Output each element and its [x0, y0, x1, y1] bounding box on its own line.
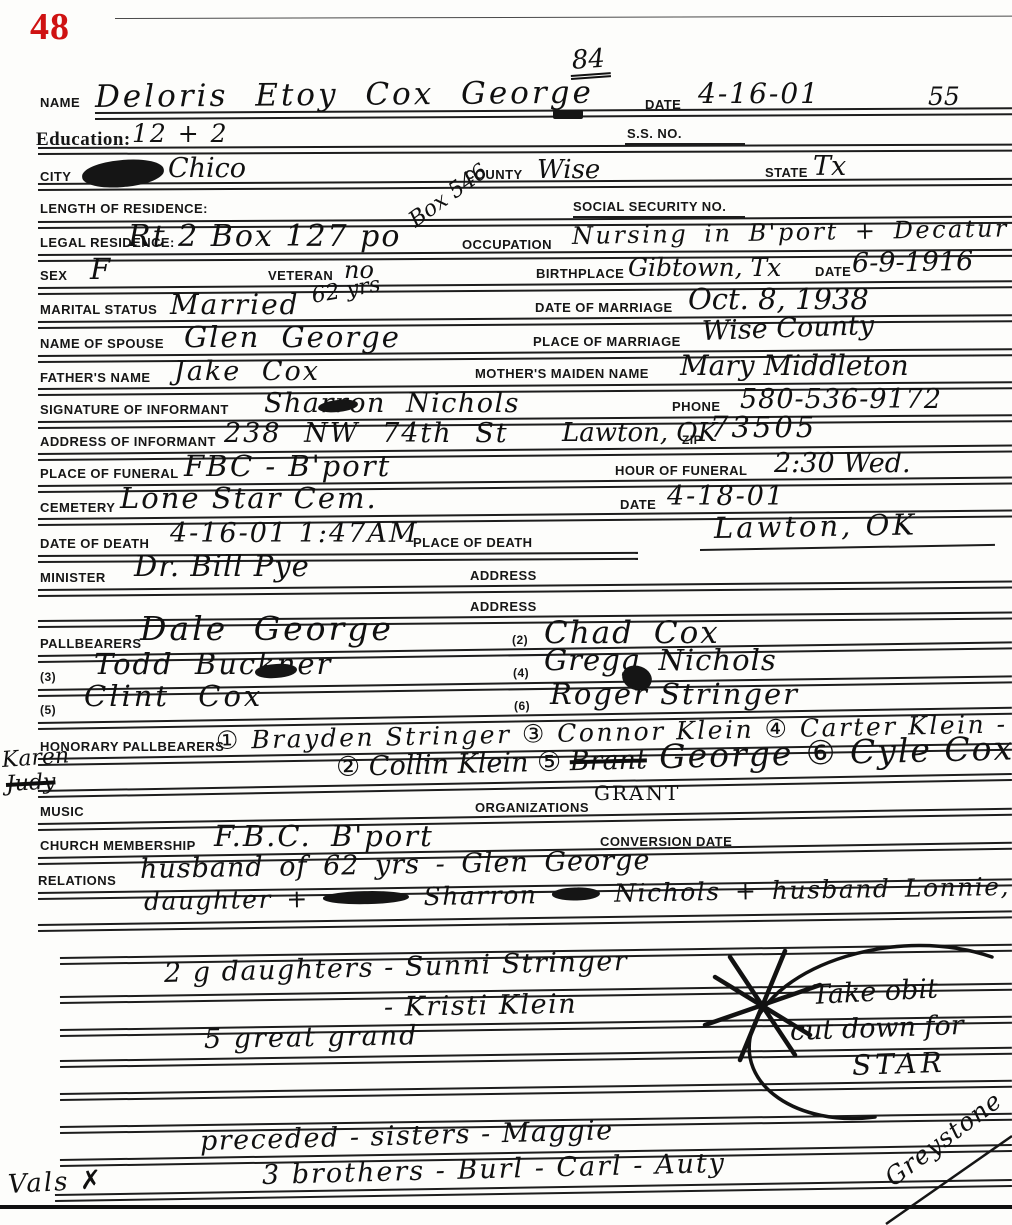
field-value-name: Deloris Etoy Cox George [95, 78, 594, 113]
pallbearer-6: Roger Stringer [550, 680, 799, 709]
age-annotation: 84 [569, 45, 611, 80]
field-value-informant-zip: 73505 [710, 413, 817, 442]
field-label-pallbearer-6: (6) [514, 700, 530, 712]
field-label-occupation: OCCUPATION [462, 238, 552, 251]
field-value-county: Wise [537, 157, 600, 183]
margin-name-judy: Judy [5, 771, 56, 796]
corner-number: 55 [928, 84, 960, 109]
scribble [552, 887, 600, 901]
field-value-church-membership: F.B.C. B'port [214, 822, 434, 851]
field-value-occupation: Nursing in B'port + Decatur [572, 216, 1009, 248]
relations-line2-b: Sharron [409, 880, 552, 911]
field-label-pallbearer-4: (4) [513, 667, 529, 679]
field-value-informant: Sharron Nichols [264, 390, 520, 417]
field-label-pallbearer-2: (2) [512, 634, 528, 646]
field-label-length-of-residence: LENGTH OF RESIDENCE: [40, 202, 208, 215]
field-value-cemetery: Lone Star Cem. [120, 484, 378, 513]
field-label-veteran: VETERAN [268, 269, 333, 282]
field-label-date-of-death: DATE OF DEATH [40, 537, 149, 550]
relations-line2-c: Nichols + husband Lonnie, [600, 872, 1011, 908]
field-label-name: NAME [40, 96, 80, 109]
field-label-address-of-informant: ADDRESS OF INFORMANT [40, 435, 216, 448]
field-value-place-of-death: Lawton, OK [714, 510, 918, 543]
field-value-date: 4-16-01 [698, 80, 820, 108]
pallbearer-4: Gregg Nichols [544, 646, 777, 675]
field-label-sex: SEX [40, 269, 67, 282]
field-label-signature-of-informant: SIGNATURE OF INFORMANT [40, 403, 229, 416]
field-label-cemetery: CEMETERY [40, 501, 115, 514]
field-label-state: STATE [765, 166, 808, 179]
field-label-place-of-funeral: PLACE OF FUNERAL [40, 467, 179, 480]
field-label-church-membership: CHURCH MEMBERSHIP [40, 839, 196, 852]
field-value-phone: 580-536-9172 [740, 386, 942, 413]
field-value-hour-of-funeral: 2:30 Wed. [774, 450, 911, 477]
margin-name-karen: Karen [1, 745, 70, 772]
field-value-education: 12 + 2 [132, 121, 229, 146]
field-label-ss-no: S.S. NO. [627, 127, 682, 140]
side-note-line1: Take obit [811, 975, 938, 1009]
relations-line1: husband of 62 yrs - Glen George [140, 847, 651, 883]
granddaughters-line2: - Kristi Klein [384, 991, 578, 1021]
field-value-marital-status: Married [170, 291, 300, 319]
field-label-music: MUSIC [40, 805, 84, 818]
field-value-city: Chico [168, 155, 246, 182]
field-value-birth-date: 6-9-1916 [852, 248, 974, 277]
field-label-pallbearer-3: (3) [40, 671, 56, 683]
field-value-minister: Dr. Bill Pye [134, 552, 310, 581]
honorary-line2-pre: ② Collin Klein ⑤ [336, 746, 570, 783]
field-value-legal-residence: Rt 2 Box 127 po [128, 222, 401, 252]
funeral-record-scan: 48 NAME DATE Education: S.S. NO. CITY CO… [0, 0, 1012, 1225]
pallbearer-3: Todd Buckner [94, 650, 332, 679]
field-value-date-of-death: 4-16-01 1:47AM [170, 520, 419, 547]
field-value-place-of-funeral: FBC - B'port [184, 452, 391, 481]
field-value-birthplace: Gibtown, Tx [628, 255, 781, 280]
field-label-marital-status: MARITAL STATUS [40, 303, 157, 316]
pallbearer-1: Dale George [140, 612, 394, 645]
honorary-line2-post: George ⑥ Cyle Cox [646, 728, 1012, 776]
field-label-minister: MINISTER [40, 571, 106, 584]
field-label-place-of-marriage: PLACE OF MARRIAGE [533, 335, 681, 348]
pallbearer-5: Clint Cox [84, 682, 263, 711]
field-label-name-of-spouse: NAME OF SPOUSE [40, 337, 164, 350]
field-label-social-security-no: SOCIAL SECURITY NO. [573, 200, 726, 213]
field-label-fathers-name: FATHER'S NAME [40, 371, 151, 384]
rule-line [115, 16, 1012, 19]
field-label-organizations: ORGANIZATIONS [475, 801, 589, 814]
scribble [323, 890, 409, 904]
field-value-father: Jake Cox [174, 358, 320, 385]
field-value-spouse: Glen George [184, 323, 401, 352]
bottom-left-note: Vals ✗ [7, 1167, 104, 1198]
field-label-mothers-maiden-name: MOTHER'S MAIDEN NAME [475, 367, 649, 380]
field-label-date: DATE [645, 98, 681, 111]
field-value-informant-address: 238 NW 74th St [224, 420, 509, 447]
honorary-crossed-name: Brant [569, 744, 647, 777]
field-value-mother: Mary Middleton [680, 352, 909, 380]
rule-line [700, 544, 995, 551]
field-label-minister-address: ADDRESS [470, 569, 537, 582]
field-value-date-of-marriage: Oct. 8, 1938 [688, 285, 869, 314]
side-note-line2: cut down for [790, 1012, 965, 1045]
field-label-date-of-marriage: DATE OF MARRIAGE [535, 301, 673, 314]
field-label-education: Education: [36, 130, 131, 149]
field-label-relations: RELATIONS [38, 874, 116, 887]
redaction-mark [553, 110, 583, 119]
field-label-pallbearer-5: (5) [40, 704, 56, 716]
field-label-birth-date: DATE [815, 265, 851, 278]
field-value-sex: F [90, 255, 110, 284]
field-value-place-of-marriage: Wise County [702, 312, 875, 345]
side-note-line3: STAR [852, 1049, 947, 1080]
rule-line [38, 552, 638, 563]
great-grandchildren-note: 5 great grand [204, 1022, 419, 1053]
field-value-informant-city: Lawton, OK [562, 420, 717, 446]
field-value-state: Tx [813, 153, 846, 180]
field-label-city: CITY [40, 170, 71, 183]
field-label-hour-of-funeral: HOUR OF FUNERAL [615, 464, 747, 477]
field-label-birthplace: BIRTHPLACE [536, 267, 624, 280]
field-label-physician-address: ADDRESS [470, 600, 537, 613]
field-label-burial-date: DATE [620, 498, 656, 511]
field-value-burial-date: 4-18-01 [667, 483, 785, 510]
relations-line2-a: daughter + [144, 884, 324, 916]
honorary-correction: GRANT [594, 783, 680, 803]
page-index-number: 48 [30, 8, 70, 46]
field-label-place-of-death: PLACE OF DEATH [413, 536, 532, 549]
